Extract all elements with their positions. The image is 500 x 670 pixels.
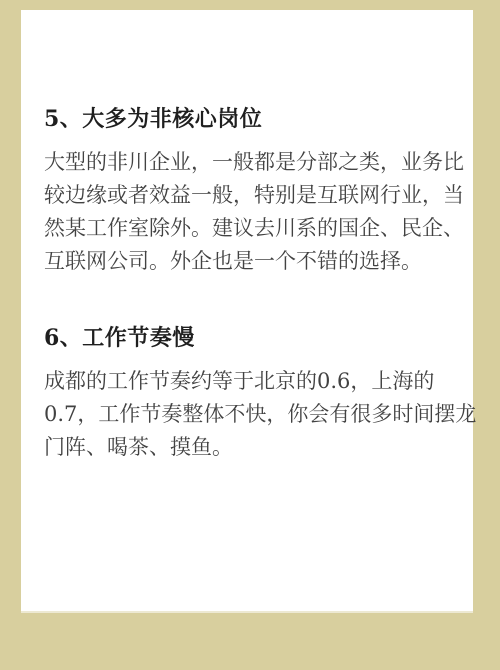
paragraph-line: 然某工作室除外。建议去川系的国企、民企、	[44, 212, 453, 245]
page-background: 5、大多为非核心岗位 大型的非川企业，一般都是分部之类，业务比 较边缘或者效益一…	[0, 0, 500, 670]
paragraph-line: 大型的非川企业，一般都是分部之类，业务比	[44, 146, 453, 179]
paragraph-line: 成都的工作节奏约等于北京的0.6，上海的	[44, 365, 453, 398]
section-5-heading: 5、大多为非核心岗位	[44, 104, 453, 134]
section-6-heading: 6、工作节奏慢	[44, 323, 453, 353]
paragraph-line: 0.7，工作节奏整体不快，你会有很多时间摆龙	[44, 398, 453, 431]
content-card: 5、大多为非核心岗位 大型的非川企业，一般都是分部之类，业务比 较边缘或者效益一…	[21, 10, 473, 611]
paragraph-line: 门阵、喝茶、摸鱼。	[44, 431, 453, 464]
section-6: 6、工作节奏慢 成都的工作节奏约等于北京的0.6，上海的 0.7，工作节奏整体不…	[44, 323, 453, 464]
section-6-paragraph: 成都的工作节奏约等于北京的0.6，上海的 0.7，工作节奏整体不快，你会有很多时…	[44, 365, 453, 464]
section-5-paragraph: 大型的非川企业，一般都是分部之类，业务比 较边缘或者效益一般，特别是互联网行业，…	[44, 146, 453, 278]
paragraph-line: 较边缘或者效益一般，特别是互联网行业，当	[44, 179, 453, 212]
section-5: 5、大多为非核心岗位 大型的非川企业，一般都是分部之类，业务比 较边缘或者效益一…	[44, 104, 453, 278]
paragraph-line: 互联网公司。外企也是一个不错的选择。	[44, 245, 453, 278]
